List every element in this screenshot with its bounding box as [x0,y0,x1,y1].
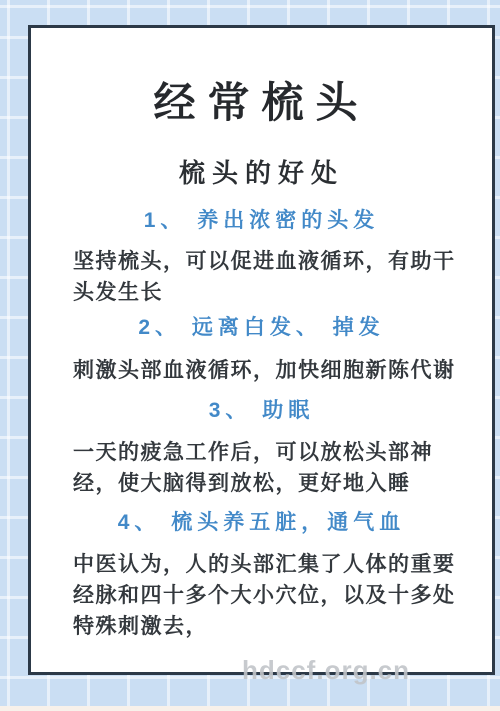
section-4: 4、 梳头养五脏，通气血 中医认为，人的头部汇集了人体的重要 经脉和四十多个大小… [31,511,492,642]
watermark: hdccf.org.cn [242,655,410,686]
body-line: 经，使大脑得到放松，更好地入睡 [31,468,492,499]
poster-background: 经常梳头 梳头的好处 1、 养出浓密的头发 坚持梳头，可以促进血液循环，有助干 … [0,0,500,711]
section-1: 1、 养出浓密的头发 坚持梳头，可以促进血液循环，有助干 头发生长 [31,209,492,308]
body-line: 坚持梳头，可以促进血液循环，有助干 [31,246,492,277]
section-2-heading: 2、 远离白发、 掉发 [31,316,492,340]
section-1-heading: 1、 养出浓密的头发 [31,209,492,233]
section-4-body: 中医认为，人的头部汇集了人体的重要 经脉和四十多个大小穴位，以及十多处 特殊刺激… [31,549,492,642]
section-3-heading: 3、 助眠 [31,399,492,423]
body-line: 刺激头部血液循环，加快细胞新陈代谢 [31,355,492,386]
section-1-body: 坚持梳头，可以促进血液循环，有助干 头发生长 [31,246,492,308]
section-4-heading: 4、 梳头养五脏，通气血 [31,511,492,535]
poster-title: 经常梳头 [31,78,492,128]
poster-subtitle: 梳头的好处 [31,158,492,188]
section-3-body: 一天的疲急工作后，可以放松头部神 经，使大脑得到放松，更好地入睡 [31,437,492,499]
poster-card: 经常梳头 梳头的好处 1、 养出浓密的头发 坚持梳头，可以促进血液循环，有助干 … [28,25,495,675]
section-2-body: 刺激头部血液循环，加快细胞新陈代谢 [31,355,492,386]
body-line: 中医认为，人的头部汇集了人体的重要 [31,549,492,580]
body-line: 经脉和四十多个大小穴位，以及十多处 [31,580,492,611]
bottom-strip [0,706,500,711]
body-line: 一天的疲急工作后，可以放松头部神 [31,437,492,468]
body-line: 特殊刺激去， [31,611,492,642]
section-2: 2、 远离白发、 掉发 刺激头部血液循环，加快细胞新陈代谢 [31,316,492,386]
body-line: 头发生长 [31,277,492,308]
section-3: 3、 助眠 一天的疲急工作后，可以放松头部神 经，使大脑得到放松，更好地入睡 [31,399,492,499]
